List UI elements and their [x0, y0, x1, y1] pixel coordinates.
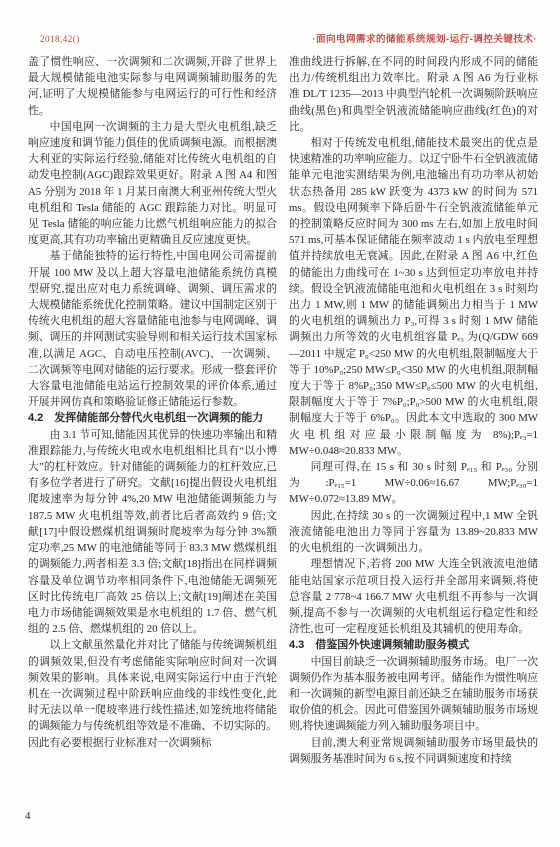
two-column-body: 盖了惯性响应、一次调频和二次调频,开辟了世界上最大规模储能电池实际参与电网调频辅…	[28, 54, 538, 767]
paragraph-continuation: 盖了惯性响应、一次调频和二次调频,开辟了世界上最大规模储能电池实际参与电网调频辅…	[28, 54, 277, 119]
paragraph-continuation: 准曲线进行拆解,在不同的时间段内形成不同的储能出力/传统机组出力效率比。附录 A…	[289, 54, 538, 135]
paragraph: 理想情况下,若将 200 MW 大连全钒液流电池储能电站国家示范项目投入运行并全…	[289, 556, 538, 637]
right-column: 准曲线进行拆解,在不同的时间段内形成不同的储能出力/传统机组出力效率比。附录 A…	[289, 54, 538, 767]
journal-page: 2018,42() ·面向电网需求的储能系统规划-运行-调控关键技术· 盖了惯性…	[0, 0, 560, 847]
left-column: 盖了惯性响应、一次调频和二次调频,开辟了世界上最大规模储能电池实际参与电网调频辅…	[28, 54, 277, 767]
page-number: 4	[25, 810, 31, 822]
paragraph: 相对于传统发电机组,储能技术最突出的优点是快速精准的功率响应能力。以辽宁卧牛石全…	[289, 135, 538, 459]
paragraph: 因此,在持续 30 s 的一次调频过程中,1 MW 全钒液流储能电池出力等同于容…	[289, 508, 538, 557]
section-heading-4-3: 4.3 借鉴国外快速调频辅助服务模式	[289, 637, 538, 653]
paragraph: 由 3.1 节可知,储能因其优异的快速功率输出和精准跟踪能力,与传统火电或水电机…	[28, 427, 277, 638]
running-header: 2018,42() ·面向电网需求的储能系统规划-运行-调控关键技术·	[40, 31, 537, 45]
paragraph: 中国目前缺乏一次调频辅助服务市场。电厂一次调频仍作为基本服务被电网考评。储能作为…	[289, 654, 538, 735]
journal-issue-info: 2018,42()	[40, 34, 80, 44]
paragraph: 中国电网一次调频的主力是大型火电机组,缺乏响应速度和调节能力俱佳的优质调频电源。…	[28, 119, 277, 249]
running-header-title: ·面向电网需求的储能系统规划-运行-调控关键技术·	[312, 31, 537, 45]
paragraph: 基于储能独特的运行特性,中国电网公司需提前开展 100 MW 及以上超大容量电池…	[28, 248, 277, 410]
section-heading-4-2: 4.2 发挥储能部分替代火电机组一次调频的能力	[28, 410, 277, 426]
paragraph: 目前,澳大利亚常规调频辅助服务市场里最快的调频服务基准时间为 6 s,按不同调频…	[289, 735, 538, 767]
paragraph: 同理可得,在 15 s 和 30 s 时刻 Pₑ₁₅ 和 Pₑ₃₀ 分别为:Pₑ…	[289, 459, 538, 508]
paragraph: 以上文献虽然量化并对比了储能与传统调频机组的调频效果,但没有考虑储能实际响应时间…	[28, 637, 277, 750]
